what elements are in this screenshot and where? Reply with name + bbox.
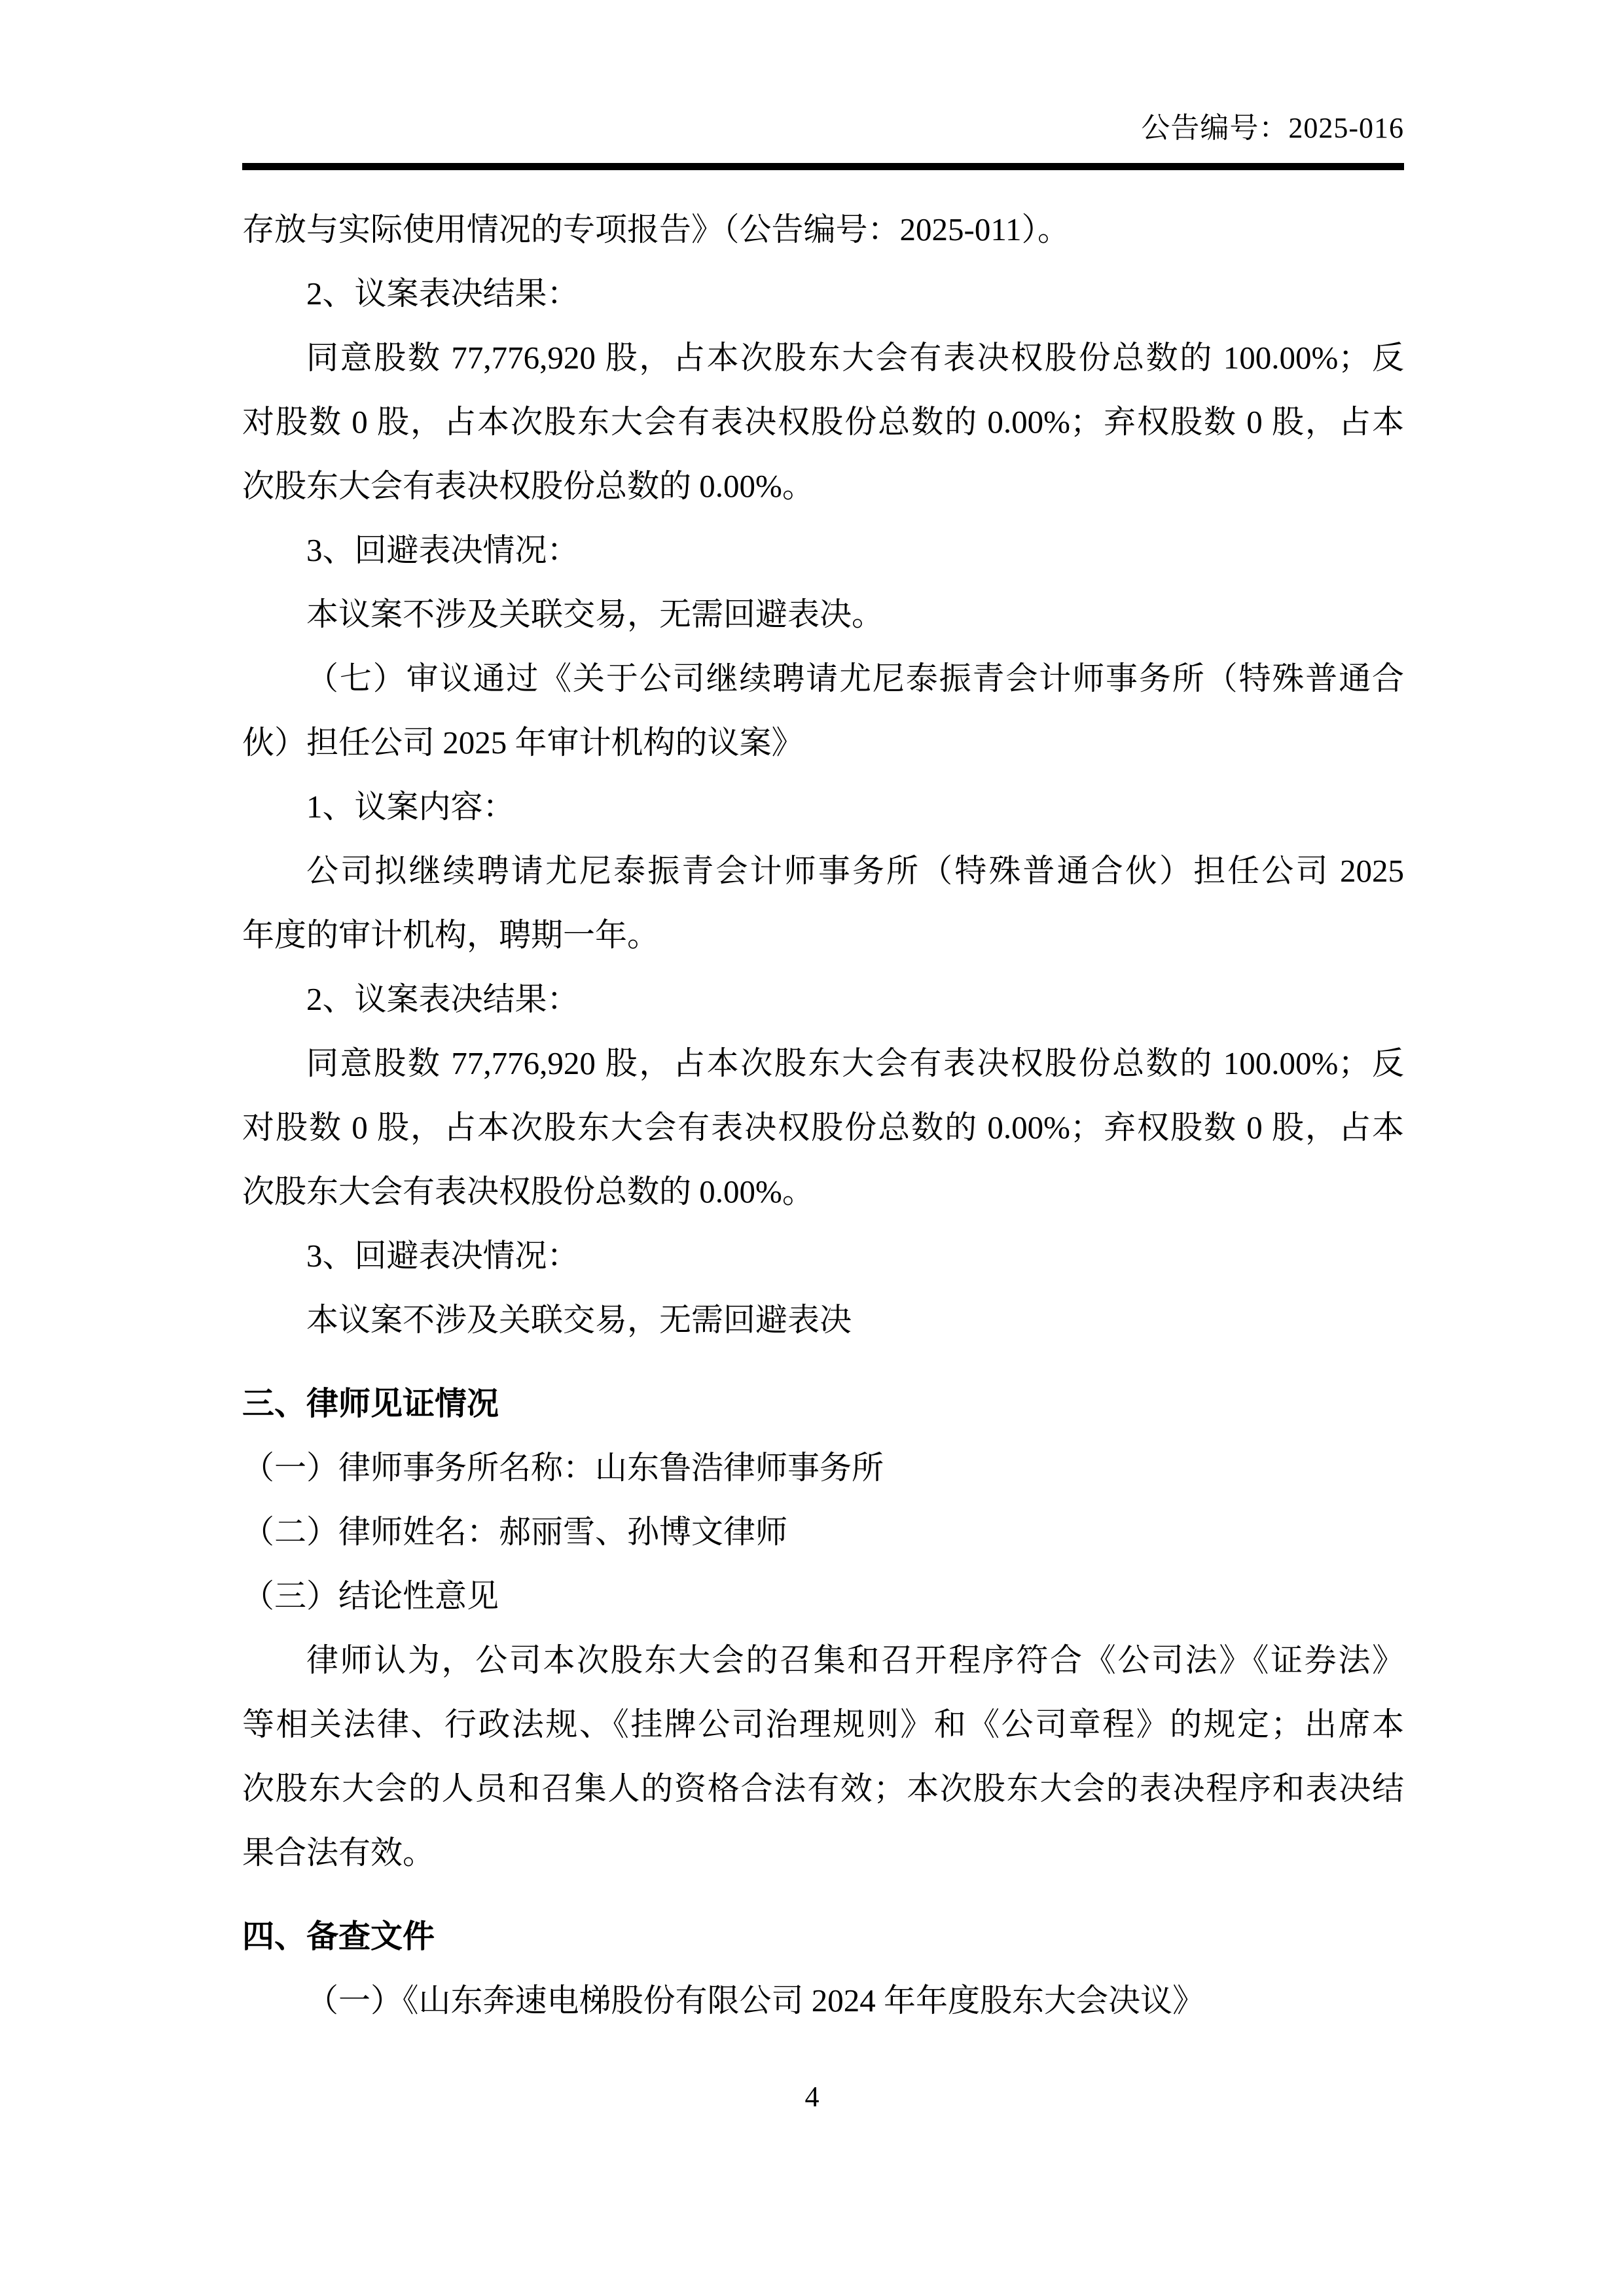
text-line: 同意股数 77,776,920 股，占本次股东大会有表决权股份总数的 100.0… — [242, 1031, 1404, 1096]
text-line: 3、回避表决情况： — [242, 1224, 1404, 1288]
text-line: 同意股数 77,776,920 股，占本次股东大会有表决权股份总数的 100.0… — [242, 326, 1404, 390]
section-heading-reference-documents: 四、备查文件 — [242, 1905, 1404, 1969]
text-line: 2、议案表决结果： — [242, 967, 1404, 1031]
text-line: 2、议案表决结果： — [242, 262, 1404, 326]
text-line: 次股东大会的人员和召集人的资格合法有效；本次股东大会的表决程序和表决结 — [242, 1757, 1404, 1821]
document-body: 存放与实际使用情况的专项报告》（公告编号：2025-011）。 2、议案表决结果… — [242, 198, 1404, 2033]
text-line: 3、回避表决情况： — [242, 518, 1404, 583]
text-line: 次股东大会有表决权股份总数的 0.00%。 — [242, 454, 1404, 518]
text-line: 本议案不涉及关联交易，无需回避表决 — [242, 1288, 1404, 1352]
text-line: （二）律师姓名：郝丽雪、孙博文律师 — [242, 1500, 1404, 1564]
header-rule — [242, 163, 1404, 170]
text-line: 年度的审计机构，聘期一年。 — [242, 903, 1404, 967]
text-line: 次股东大会有表决权股份总数的 0.00%。 — [242, 1160, 1404, 1224]
text-line: 存放与实际使用情况的专项报告》（公告编号：2025-011）。 — [242, 198, 1404, 262]
text-line: 公司拟继续聘请尤尼泰振青会计师事务所（特殊普通合伙）担任公司 2025 — [242, 839, 1404, 903]
text-line: 等相关法律、行政法规、《挂牌公司治理规则》和《公司章程》的规定；出席本 — [242, 1693, 1404, 1757]
text-line: 对股数 0 股，占本次股东大会有表决权股份总数的 0.00%；弃权股数 0 股，… — [242, 1096, 1404, 1160]
text-line: 本议案不涉及关联交易，无需回避表决。 — [242, 583, 1404, 647]
text-line: 律师认为，公司本次股东大会的召集和召开程序符合《公司法》《证券法》 — [242, 1628, 1404, 1693]
doc-number: 公告编号：2025-016 — [1141, 111, 1404, 145]
section-heading-lawyer-witness: 三、律师见证情况 — [242, 1372, 1404, 1436]
document-page: 公告编号：2025-016 存放与实际使用情况的专项报告》（公告编号：2025-… — [0, 0, 1624, 2296]
text-line: 伙）担任公司 2025 年审计机构的议案》 — [242, 711, 1404, 775]
text-line: （一）《山东奔速电梯股份有限公司 2024 年年度股东大会决议》 — [242, 1969, 1404, 2033]
page-number: 4 — [0, 2080, 1624, 2114]
text-line: 对股数 0 股，占本次股东大会有表决权股份总数的 0.00%；弃权股数 0 股，… — [242, 390, 1404, 454]
text-line: 1、议案内容： — [242, 775, 1404, 839]
text-line: （一）律师事务所名称：山东鲁浩律师事务所 — [242, 1436, 1404, 1500]
text-line: （七）审议通过《关于公司继续聘请尤尼泰振青会计师事务所（特殊普通合 — [242, 647, 1404, 711]
text-line: 果合法有效。 — [242, 1821, 1404, 1885]
text-line: （三）结论性意见 — [242, 1564, 1404, 1628]
